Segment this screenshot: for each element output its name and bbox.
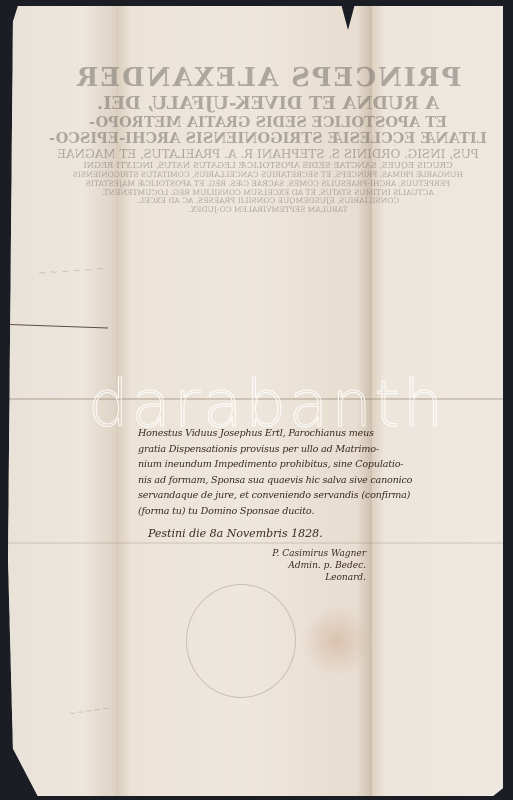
paper-notch — [340, 0, 356, 30]
print-line: TABULAM SEPTEMVIRALEM CO-JUDEX. — [48, 206, 488, 215]
horizontal-fold — [8, 542, 503, 544]
handwritten-line: servandaque de jure, et conveniendo serv… — [138, 488, 378, 504]
handwritten-line: nis ad formam, Sponsa sua quaevis hic sa… — [138, 473, 378, 489]
print-line: PUS, INSIG. ORDINIS S. STEPHANI R. A. PR… — [48, 148, 488, 162]
watermark: darabanth — [88, 368, 446, 442]
print-line: A RUDNA ET DIVEK-UJFALU, DEI. — [48, 94, 488, 115]
handwritten-line: nium ineundum Impedimento prohibitus, si… — [138, 457, 378, 473]
handwritten-line: (forma tu) tu Domino Sponsae ducito. — [138, 504, 378, 520]
mirrored-print-bleed: PRINCEPS ALEXANDER A RUDNA ET DIVEK-UJFA… — [48, 64, 488, 215]
signature: P. Casimirus Wagner Admin. p. Bedec. Leo… — [256, 548, 366, 584]
signature-line: P. Casimirus Wagner — [256, 548, 366, 560]
print-line: ET APOSTOLICE SEDIS GRATIA METROPO- — [48, 115, 488, 132]
print-line: LITANÆ ECCLESIÆ STRIGONIENSIS ARCHI-EPIS… — [48, 131, 488, 148]
handwritten-line: gratia Dispensationis provisus per ullo … — [138, 442, 378, 458]
print-line: PRINCEPS ALEXANDER — [48, 64, 488, 94]
handwritten-date: Pestini die 8a Novembris 1828. — [148, 527, 323, 540]
embossed-seal — [186, 584, 296, 698]
signature-line: Admin. p. Bedec. Leonard. — [256, 560, 366, 584]
